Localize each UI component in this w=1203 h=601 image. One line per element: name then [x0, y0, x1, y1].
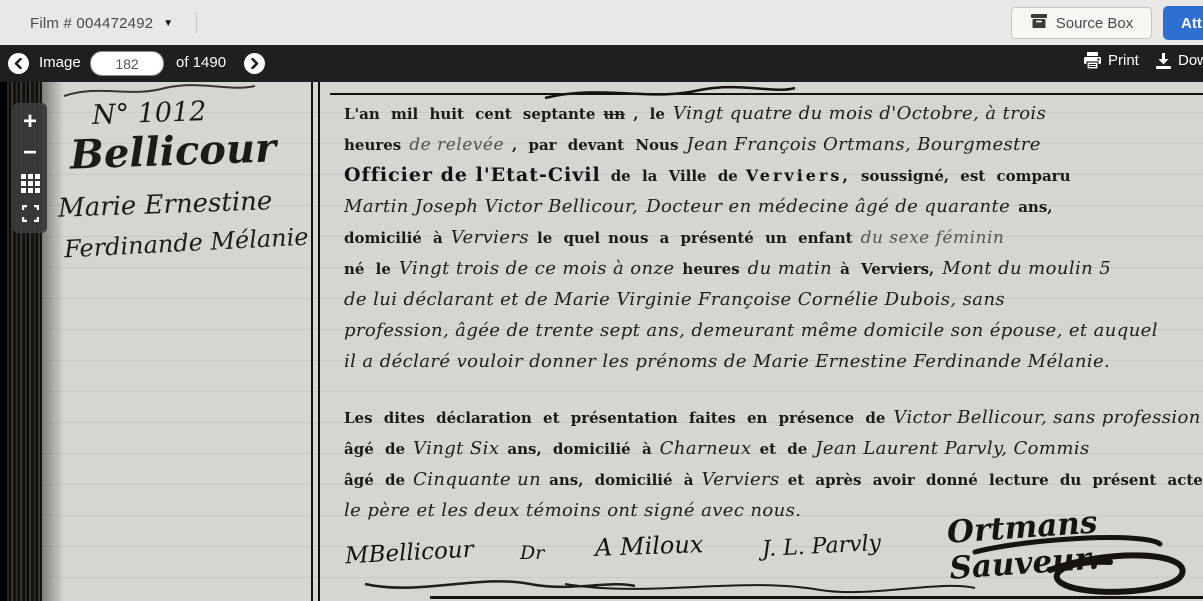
- document-line: domicilié àVerviersle quelnous a présent…: [332, 222, 1201, 253]
- fullscreen-icon: [22, 205, 39, 222]
- document-line: né leVingt trois de ce mois à onzeheures…: [332, 253, 1201, 284]
- handwritten-text: le père et les deux témoins ont signé av…: [344, 500, 801, 521]
- download-button[interactable]: Dow: [1155, 52, 1203, 69]
- record-top-rule: [330, 93, 1203, 95]
- handwritten-text: Vingt quatre du mois d'Octobre, à trois: [673, 103, 1046, 124]
- printed-text: , le: [633, 105, 665, 123]
- archive-box-icon: [1030, 14, 1048, 32]
- document-line: Officier de l'Etat-Civilde la Ville deVe…: [332, 160, 1201, 191]
- document-line: il a déclaré vouloir donner les prénoms …: [332, 346, 1201, 377]
- film-number-label: Film # 004472492: [30, 15, 153, 32]
- document-line: Les dites déclaration et présentation fa…: [332, 402, 1201, 433]
- printed-text: et de: [760, 440, 808, 458]
- attach-button[interactable]: Att: [1163, 6, 1203, 40]
- handwritten-text: Vingt trois de ce mois à onze: [399, 258, 675, 279]
- handwritten-text: Victor Bellicour, sans profession: [893, 407, 1200, 428]
- printed-text: , par devant Nous: [512, 136, 678, 154]
- chevron-down-icon: ▼: [163, 18, 173, 29]
- image-number-input[interactable]: [90, 51, 164, 76]
- plus-icon: +: [23, 110, 37, 134]
- document-line: heuresde relevée, par devant NousJean Fr…: [332, 129, 1201, 160]
- printed-text: Verviers,: [746, 166, 851, 185]
- printed-text: ans, domicilié à: [507, 440, 651, 458]
- printed-text: âgé de: [344, 471, 405, 489]
- signature-father-title: Dr: [520, 542, 544, 564]
- fullscreen-button[interactable]: [15, 200, 45, 228]
- next-image-button[interactable]: [244, 53, 265, 74]
- printed-text: heures: [344, 136, 401, 154]
- handwritten-text: Jean François Ortmans, Bourgmestre: [686, 134, 1040, 155]
- document-line: Martin Joseph Victor Bellicour,Docteur e…: [332, 191, 1201, 222]
- printed-text: ans,: [1018, 198, 1052, 216]
- handwritten-text: de lui déclarant et de Marie Virginie Fr…: [344, 289, 1005, 310]
- act-paragraph-1: L'an mil huit cent septanteun, leVingt q…: [332, 98, 1201, 377]
- handwritten-text: Jean Laurent Parvly, Commis: [815, 438, 1089, 459]
- image-label: Image: [39, 54, 81, 71]
- image-nav-bar: Image of 1490 Print Dow: [0, 45, 1203, 82]
- browse-thumbnails-button[interactable]: [15, 169, 45, 197]
- document-line: âgé deCinquante unans, domicilié àVervie…: [332, 464, 1201, 495]
- download-icon: [1155, 52, 1172, 69]
- document-line: âgé deVingt Sixans, domicilié àCharneuxe…: [332, 433, 1201, 464]
- print-button[interactable]: Print: [1083, 52, 1139, 69]
- handwritten-text: il a déclaré vouloir donner les prénoms …: [344, 351, 1110, 372]
- printed-text: Officier de l'Etat-Civil: [344, 164, 601, 186]
- handwritten-text: profession, âgée de trente sept ans, dem…: [344, 320, 1158, 341]
- handwritten-text: Docteur en médecine âgé de quarante: [646, 196, 1010, 217]
- grid-icon: [21, 174, 40, 193]
- margin-surname: Bellicour: [69, 124, 277, 178]
- zoom-in-button[interactable]: +: [15, 108, 45, 136]
- divider: [196, 12, 197, 33]
- printed-text: et après avoir donné lecture du présent …: [788, 471, 1203, 489]
- printed-text: le quel: [537, 229, 600, 247]
- document-line: profession, âgée de trente sept ans, dem…: [332, 315, 1201, 346]
- film-selector[interactable]: Film # 004472492 ▼: [30, 11, 173, 35]
- handwritten-text: Cinquante un: [413, 469, 541, 490]
- viewer-toolbar: + −: [13, 103, 47, 233]
- handwritten-text: du matin: [748, 258, 832, 279]
- printed-text: de la Ville de: [611, 167, 738, 185]
- printed-text: Les dites déclaration et présentation fa…: [344, 409, 885, 427]
- handwritten-text: Mont du moulin 5: [942, 258, 1111, 279]
- top-bar: Film # 004472492 ▼ Source Box Att: [0, 0, 1203, 45]
- handwritten-text: Martin Joseph Victor Bellicour,: [344, 196, 638, 217]
- handwritten-text: Verviers: [701, 469, 779, 490]
- source-box-label: Source Box: [1056, 15, 1134, 32]
- printed-text: à Verviers,: [840, 260, 934, 278]
- minus-icon: −: [23, 141, 37, 165]
- attach-label: Att: [1181, 15, 1202, 32]
- document-line: L'an mil huit cent septanteun, leVingt q…: [332, 98, 1201, 129]
- chevron-right-icon: [249, 58, 260, 69]
- printed-text: né le: [344, 260, 391, 278]
- handwritten-text: du sexe féminin: [861, 228, 1005, 248]
- handwritten-text: Vingt Six: [413, 438, 499, 459]
- printed-text: un: [603, 105, 625, 123]
- printed-text: soussigné, est comparu: [861, 167, 1071, 185]
- printed-text: ans, domicilié à: [549, 471, 693, 489]
- signature-witness-1: A Miloux: [595, 530, 704, 562]
- previous-image-button[interactable]: [8, 53, 29, 74]
- next-record-rule: [430, 596, 1203, 599]
- scan-black-edge: [0, 82, 7, 601]
- printed-text: domicilié à: [344, 229, 443, 247]
- printed-text: âgé de: [344, 440, 405, 458]
- printed-text: heures: [682, 260, 739, 278]
- margin-column-rule: [311, 82, 320, 601]
- download-label: Dow: [1178, 52, 1203, 69]
- handwritten-text: Verviers: [451, 227, 529, 248]
- print-label: Print: [1108, 52, 1139, 69]
- printed-text: nous a présenté un enfant: [608, 229, 852, 247]
- chevron-left-icon: [13, 58, 24, 69]
- image-total-label: of 1490: [176, 54, 226, 71]
- zoom-out-button[interactable]: −: [15, 139, 45, 167]
- handwritten-text: de relevée: [409, 135, 504, 155]
- printer-icon: [1083, 52, 1102, 69]
- document-line: de lui déclarant et de Marie Virginie Fr…: [332, 284, 1201, 315]
- handwritten-text: Charneux: [660, 438, 752, 459]
- document-viewer-canvas[interactable]: N° 1012 Bellicour Marie Ernestine Ferdin…: [0, 82, 1203, 601]
- margin-record-number: N° 1012: [91, 96, 206, 131]
- source-box-button[interactable]: Source Box: [1011, 7, 1152, 39]
- printed-text: L'an mil huit cent septante: [344, 105, 595, 123]
